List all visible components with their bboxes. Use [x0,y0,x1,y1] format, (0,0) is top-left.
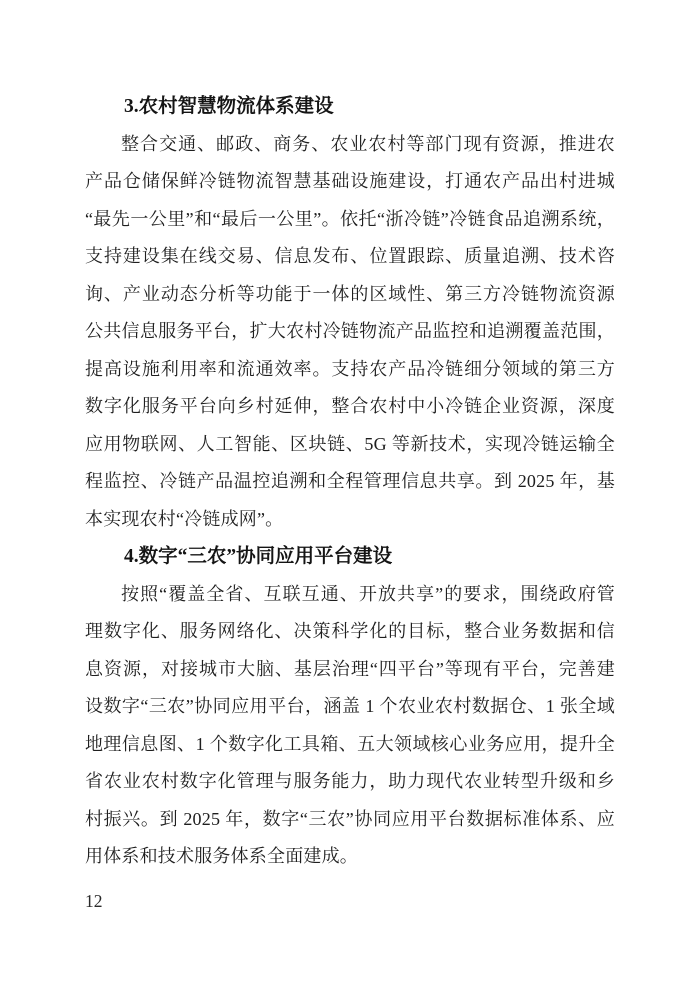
text-line: 省农业农村数字化管理与服务能力，助力现代农业转型升级和乡 [85,763,615,801]
text-line: 整合交通、邮政、商务、农业农村等部门现有资源，推进农 [85,126,615,164]
text-line: 支持建设集在线交易、信息发布、位置跟踪、质量追溯、技术咨 [85,238,615,276]
section-rural-smart-logistics: 3.农村智慧物流体系建设 整合交通、邮政、商务、农业农村等部门现有资源，推进农产… [85,88,615,538]
text-line: 询、产业动态分析等功能于一体的区域性、第三方冷链物流资源 [85,276,615,314]
text-line: 按照“覆盖全省、互联互通、开放共享”的要求，围绕政府管 [85,576,615,614]
text-line: 应用物联网、人工智能、区块链、5G 等新技术，实现冷链运输全 [85,426,615,464]
text-line: 用体系和技术服务体系全面建成。 [85,838,615,876]
text-line: 本实现农村“冷链成网”。 [85,501,615,539]
text-line: 公共信息服务平台，扩大农村冷链物流产品监控和追溯覆盖范围， [85,313,615,351]
text-line: 提高设施利用率和流通效率。支持农产品冷链细分领域的第三方 [85,351,615,389]
text-line: “最先一公里”和“最后一公里”。依托“浙冷链”冷链食品追溯系统， [85,201,615,239]
text-line: 产品仓储保鲜冷链物流智慧基础设施建设，打通农产品出村进城 [85,163,615,201]
section-digital-sannong-platform: 4.数字“三农”协同应用平台建设 按照“覆盖全省、互联互通、开放共享”的要求，围… [85,538,615,876]
text-line: 息资源，对接城市大脑、基层治理“四平台”等现有平台，完善建 [85,651,615,689]
text-line: 地理信息图、1 个数字化工具箱、五大领域核心业务应用，提升全 [85,726,615,764]
text-line: 程监控、冷链产品温控追溯和全程管理信息共享。到 2025 年，基 [85,463,615,501]
document-page: 3.农村智慧物流体系建设 整合交通、邮政、商务、农业农村等部门现有资源，推进农产… [0,0,700,990]
document-content: 3.农村智慧物流体系建设 整合交通、邮政、商务、农业农村等部门现有资源，推进农产… [85,88,615,876]
text-line: 数字化服务平台向乡村延伸，整合农村中小冷链企业资源，深度 [85,388,615,426]
text-line: 理数字化、服务网络化、决策科学化的目标，整合业务数据和信 [85,613,615,651]
section-heading-4: 4.数字“三农”协同应用平台建设 [85,538,615,576]
section-paragraph-3: 整合交通、邮政、商务、农业农村等部门现有资源，推进农产品仓储保鲜冷链物流智慧基础… [85,126,615,539]
section-paragraph-4: 按照“覆盖全省、互联互通、开放共享”的要求，围绕政府管理数字化、服务网络化、决策… [85,576,615,876]
text-line: 村振兴。到 2025 年，数字“三农”协同应用平台数据标准体系、应 [85,801,615,839]
section-heading-3: 3.农村智慧物流体系建设 [85,88,615,126]
text-line: 设数字“三农”协同应用平台，涵盖 1 个农业农村数据仓、1 张全域 [85,688,615,726]
page-number: 12 [85,890,103,912]
